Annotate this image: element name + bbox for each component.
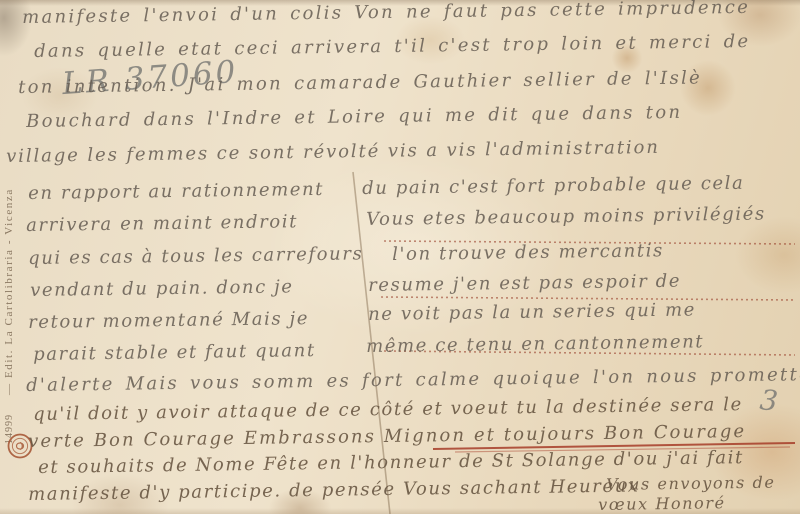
handwritten-line: dans quelle etat ceci arrivera t'il c'es… — [34, 31, 751, 63]
handwritten-line: l'on trouve des mercantis — [392, 240, 664, 266]
handwritten-line: du pain c'est fort probable que cela — [362, 173, 745, 200]
handwritten-line: Bouchard dans l'Indre et Loire qui me di… — [26, 102, 682, 133]
publisher-imprint: — Edit. La Cartolibraria - Vicenza — [3, 92, 15, 395]
handwritten-line: resume j'en est pas espoir de — [368, 271, 681, 297]
postcard-back: — Edit. La Cartolibraria - Vicenza 14999… — [0, 0, 800, 514]
handwritten-line: vendant du pain. donc je — [30, 276, 294, 302]
handwritten-line: arrivera en maint endroit — [26, 211, 298, 237]
handwritten-line: parait stable et faut quant — [33, 340, 316, 366]
handwritten-line: manifeste l'envoi d'un colis Von ne faut… — [22, 0, 750, 29]
handwritten-line: en rapport au rationnement — [28, 179, 324, 205]
handwritten-line: vœux Honoré — [598, 492, 726, 514]
pencil-side-number: 3 — [758, 383, 779, 418]
handwritten-line: Vous etes beaucoup moins privilégiés — [366, 203, 766, 231]
handwritten-line: qui es cas à tous les carrefours — [28, 243, 364, 270]
handwritten-line: d'alerte Mais vous somm es fort calme qu… — [26, 364, 800, 397]
handwritten-line: village les femmes ce sont révolté vis a… — [6, 137, 660, 168]
address-dotted-line — [381, 297, 795, 300]
handwritten-line: ne voit pas la un series qui me — [368, 299, 696, 326]
handwritten-line: manifeste d'y participe. de pensée Vous … — [28, 475, 640, 506]
handwritten-line: qu'il doit y avoir attaque de ce côté et… — [33, 394, 743, 426]
handwritten-line: même ce tenu en cantonnement — [366, 331, 704, 358]
handwritten-line: retour momentané Mais je — [28, 308, 309, 334]
